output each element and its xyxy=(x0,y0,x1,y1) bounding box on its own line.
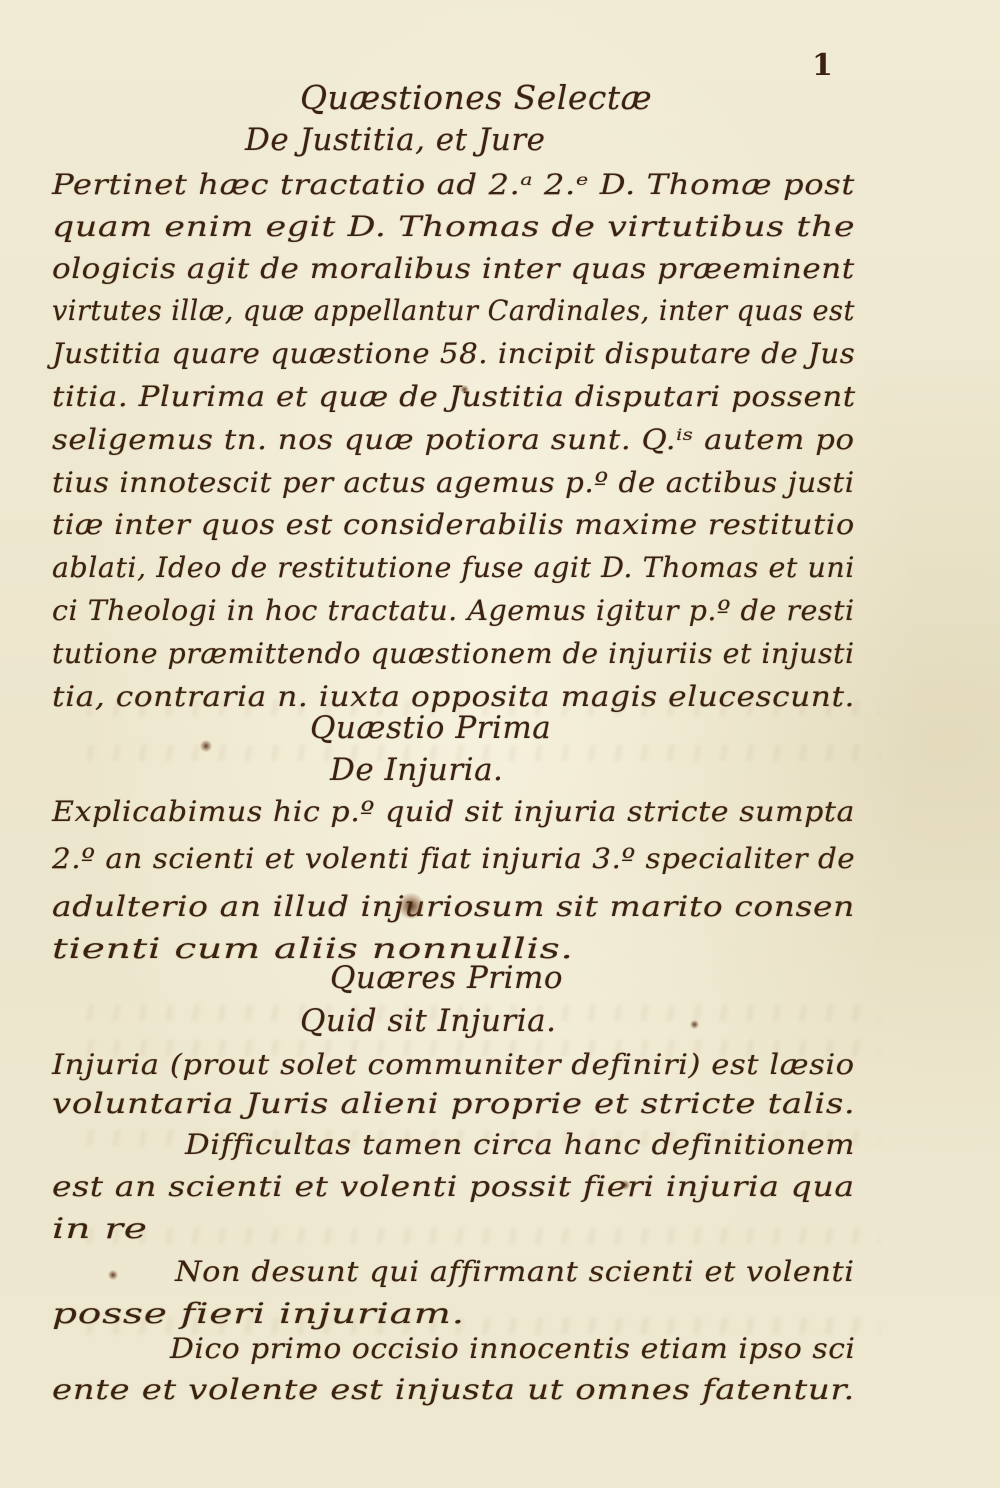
text-line: in re xyxy=(52,1212,148,1245)
text-line: tia, contraria n. iuxta opposita magis e… xyxy=(52,680,855,713)
bleed-through xyxy=(70,1228,880,1244)
text-line: est an scienti et volenti possit fieri i… xyxy=(52,1170,855,1203)
ink-blot xyxy=(108,1270,118,1280)
text-line: Difficultas tamen circa hanc definitione… xyxy=(185,1128,855,1161)
text-line: 2.º an scienti et volenti fiat injuria 3… xyxy=(52,842,855,875)
page-number: 1 xyxy=(812,48,833,83)
section-subheading: De Injuria. xyxy=(330,752,503,788)
text-line: Injuria (prout solet communiter definiri… xyxy=(52,1048,855,1081)
article-subheading: Quid sit Injuria. xyxy=(300,1003,557,1039)
article-heading: Quæres Primo xyxy=(330,960,563,996)
ink-blot xyxy=(460,385,469,394)
text-line: tutione præmittendo quæstionem de injuri… xyxy=(52,637,855,670)
text-line: ablati, Ideo de restitutione fuse agit D… xyxy=(52,551,855,584)
text-line: seligemus tn. nos quæ potiora sunt. Q.ⁱˢ… xyxy=(52,423,855,456)
text-line: voluntaria Juris alieni proprie et stric… xyxy=(52,1087,855,1120)
text-line: Non desunt qui affirmant scienti et vole… xyxy=(175,1255,855,1288)
section-heading: Quæstio Prima xyxy=(310,710,551,746)
ink-blot xyxy=(398,893,424,919)
text-line: quam enim egit D. Thomas de virtutibus t… xyxy=(52,210,855,243)
document-title: Quæstiones Selectæ xyxy=(300,78,652,117)
text-line: Dico primo occisio innocentis etiam ipso… xyxy=(170,1332,855,1365)
text-line: ci Theologi in hoc tractatu. Agemus igit… xyxy=(52,594,855,627)
text-line: posse fieri injuriam. xyxy=(52,1297,465,1330)
text-line: Pertinet hæc tractatio ad 2.ᵃ 2.ᵉ D. Tho… xyxy=(52,168,855,201)
ink-blot xyxy=(200,740,212,752)
document-subtitle: De Justitia, et Jure xyxy=(245,122,546,158)
text-line: ologicis agit de moralibus inter quas pr… xyxy=(52,252,855,285)
manuscript-page: 1 Quæstiones Selectæ De Justitia, et Jur… xyxy=(0,0,1000,1488)
text-line: tiæ inter quos est considerabilis maxime… xyxy=(52,508,855,541)
text-line: tius innotescit per actus agemus p.º de … xyxy=(52,466,855,499)
text-line: titia. Plurima et quæ de Justitia disput… xyxy=(52,380,856,413)
text-line: Explicabimus hic p.º quid sit injuria st… xyxy=(52,795,855,828)
ink-blot xyxy=(690,1020,699,1029)
text-line: adulterio an illud injuriosum sit marito… xyxy=(52,890,855,923)
text-line: ente et volente est injusta ut omnes fat… xyxy=(52,1373,855,1406)
text-line: Justitia quare quæstione 58. incipit dis… xyxy=(52,337,855,370)
ink-blot xyxy=(620,1180,630,1190)
text-line: virtutes illæ, quæ appellantur Cardinale… xyxy=(52,294,855,327)
